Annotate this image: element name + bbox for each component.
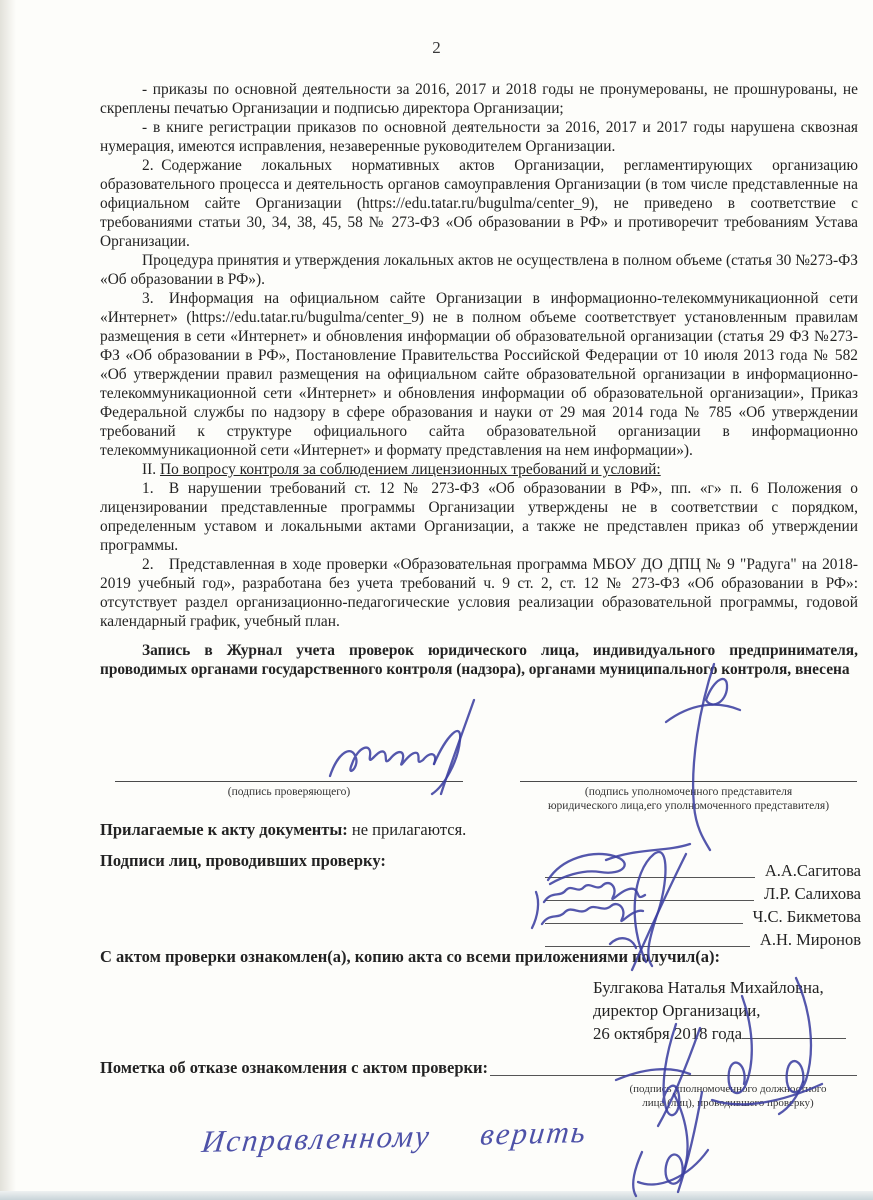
inspector-name: Ч.С. Бикметова xyxy=(753,907,861,927)
signature-line xyxy=(490,1058,857,1076)
handwritten-note: Исправленному верить xyxy=(200,1112,664,1160)
section-heading: II. По вопросу контроля за соблюдением л… xyxy=(100,460,858,479)
signature-line xyxy=(545,900,754,901)
refusal-label: Пометка об отказе ознакомления с актом п… xyxy=(100,1058,488,1078)
signature-line xyxy=(742,1025,846,1039)
scan-bottom-strip xyxy=(0,1191,873,1200)
refusal-line: Пометка об отказе ознакомления с актом п… xyxy=(100,1058,857,1078)
attachments-label: Прилагаемые к акту документы: xyxy=(100,820,348,839)
paragraph: - в книге регистрации приказов по основн… xyxy=(100,118,858,156)
acknowledgement-heading: С актом проверки ознакомлен(а), копию ак… xyxy=(100,947,858,967)
inspector-name: А.А.Сагитова xyxy=(765,861,861,881)
person-date-line: 26 октября 2018 года xyxy=(593,1022,846,1045)
attachments-value: не прилагаются. xyxy=(348,820,467,839)
paragraph: 2. Содержание локальных нормативных акто… xyxy=(100,156,858,251)
page-number: 2 xyxy=(0,38,873,58)
paragraph: Процедура принятия и утверждения локальн… xyxy=(100,251,858,289)
document-page: 2 - приказы по основной деятельности за … xyxy=(0,0,873,1200)
scan-edge-shadow xyxy=(0,0,16,1200)
attachments-line: Прилагаемые к акту документы: не прилага… xyxy=(100,820,858,840)
inspector-row: А.А.Сагитова xyxy=(545,858,861,881)
person-title: директор Организации, xyxy=(593,999,846,1022)
signature-line xyxy=(520,770,857,782)
inspectors-heading: Подписи лиц, проводивших проверку: xyxy=(100,851,386,871)
signature-line xyxy=(545,923,743,924)
signature-line xyxy=(115,770,463,782)
refusal-caption-line: лица (лиц), проводившего проверку) xyxy=(583,1096,873,1110)
representative-signature-field: (подпись уполномоченного представителя ю… xyxy=(520,770,857,813)
acknowledged-person: Булгакова Наталья Михайловна, директор О… xyxy=(593,976,846,1045)
person-date: 26 октября 2018 года xyxy=(593,1024,742,1043)
paragraph: - приказы по основной деятельности за 20… xyxy=(100,80,858,118)
person-name: Булгакова Наталья Михайловна, xyxy=(593,976,846,999)
inspector-row: Л.Р. Салихова xyxy=(545,881,861,904)
paragraph: 1. В нарушении требований ст. 12 № 273-Ф… xyxy=(100,479,858,555)
journal-entry-note: Запись в Журнал учета проверок юридическ… xyxy=(100,641,858,679)
signature-caption: юридического лица,его уполномоченного пр… xyxy=(520,799,857,813)
verifier-signature-field: (подпись проверяющего) xyxy=(115,770,463,799)
signature-caption: (подпись уполномоченного представителя xyxy=(520,785,857,799)
signature-line xyxy=(545,877,755,878)
section-heading-text: По вопросу контроля за соблюдением лицен… xyxy=(160,461,661,478)
inspector-row: Ч.С. Бикметова xyxy=(545,904,861,927)
inspector-signatures: А.А.Сагитова Л.Р. Салихова Ч.С. Бикметов… xyxy=(545,858,861,950)
document-body: - приказы по основной деятельности за 20… xyxy=(100,80,858,679)
inspector-name: Л.Р. Салихова xyxy=(764,884,861,904)
signature-block: (подпись проверяющего) (подпись уполномо… xyxy=(0,770,873,820)
paragraph: 3. Информация на официальном сайте Орган… xyxy=(100,289,858,460)
refusal-caption: (подпись уполномоченного должностного ли… xyxy=(583,1082,873,1110)
signature-caption: (подпись проверяющего) xyxy=(115,785,463,799)
section-number: II. xyxy=(142,461,156,478)
refusal-caption-line: (подпись уполномоченного должностного xyxy=(583,1082,873,1096)
paragraph: 2. Представленная в ходе проверки «Образ… xyxy=(100,555,858,631)
